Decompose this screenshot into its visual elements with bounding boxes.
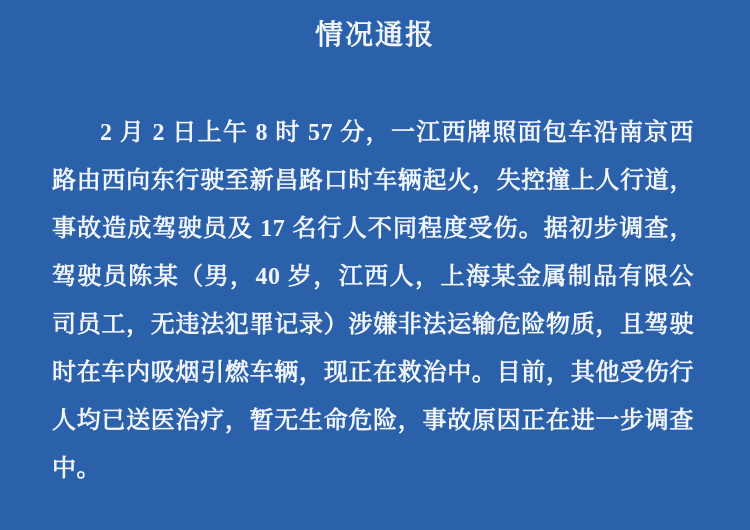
notice-body-line: 驾驶员陈某（男，40 岁，江西人，上海某金属制品有限公 xyxy=(52,253,694,301)
notice-body-line: 路由西向东行驶至新昌路口时车辆起火，失控撞上人行道， xyxy=(52,157,694,205)
notice-body-line: 人均已送医治疗，暂无生命危险，事故原因正在进一步调查 xyxy=(52,397,694,445)
notice-body-line: 中。 xyxy=(52,445,694,493)
notice-title: 情况通报 xyxy=(0,0,750,54)
notice-body-line: 时在车内吸烟引燃车辆，现正在救治中。目前，其他受伤行 xyxy=(52,349,694,397)
notice-body-line: 2 月 2 日上午 8 时 57 分，一江西牌照面包车沿南京西 xyxy=(52,109,694,157)
notice-page: 情况通报 2 月 2 日上午 8 时 57 分，一江西牌照面包车沿南京西 路由西… xyxy=(0,0,750,530)
notice-body: 2 月 2 日上午 8 时 57 分，一江西牌照面包车沿南京西 路由西向东行驶至… xyxy=(0,109,750,493)
notice-body-line: 事故造成驾驶员及 17 名行人不同程度受伤。据初步调查， xyxy=(52,205,694,253)
notice-body-line: 司员工，无违法犯罪记录）涉嫌非法运输危险物质，且驾驶 xyxy=(52,301,694,349)
